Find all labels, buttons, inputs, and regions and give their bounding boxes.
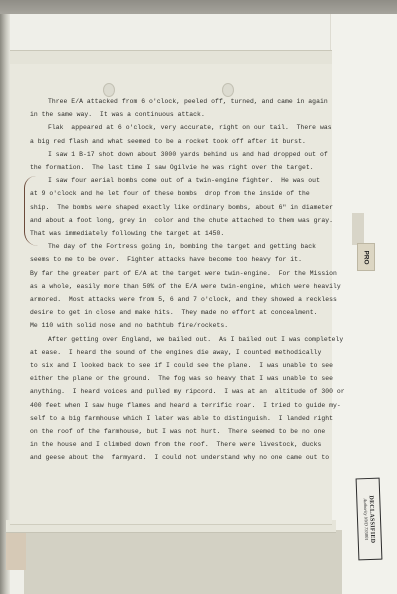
text-line: seems to me to be over. Fighter attacks … xyxy=(30,253,340,266)
text-line: After getting over England, we bailed ou… xyxy=(30,333,340,346)
text-line: at 9 o'clock and he let four of these bo… xyxy=(30,187,340,200)
text-line: By far the greater part of E/A at the ta… xyxy=(30,267,340,280)
text-line: at ease. I heard the sound of the engine… xyxy=(30,346,340,359)
text-line: That was immediately following the targe… xyxy=(30,227,340,240)
text-line: in the house and I climbed down from the… xyxy=(30,438,340,451)
text-line: the formation. The last time I saw Ogilv… xyxy=(30,161,340,174)
pro-tab: PRO xyxy=(357,243,375,271)
text-line: to six and I looked back to see if I cou… xyxy=(30,359,340,372)
text-line: in the same way. It was a continuous att… xyxy=(30,108,340,121)
text-line: either the plane or the ground. The fog … xyxy=(30,372,340,385)
pro-tab-label: PRO xyxy=(363,250,370,264)
text-line: on the roof of the farmhouse, but I was … xyxy=(30,425,340,438)
under-sheet xyxy=(24,530,342,594)
under-flap xyxy=(6,530,26,570)
tab-underlay xyxy=(352,213,364,245)
text-line: armored. Most attacks were from 5, 6 and… xyxy=(30,293,340,306)
text-line: Three E/A attacked from 6 o'clock, peele… xyxy=(30,95,340,108)
text-line: ship. The bombs were shaped exactly like… xyxy=(30,201,340,214)
text-line: I saw 1 B-17 shot down about 3000 yards … xyxy=(30,148,340,161)
text-line: anything. I heard voices and pulled my r… xyxy=(30,385,340,398)
text-line: and about a foot long, grey in color and… xyxy=(30,214,340,227)
text-line: I saw four aerial bombs come out of a tw… xyxy=(30,174,340,187)
text-line: The day of the Fortress going in, bombin… xyxy=(30,240,340,253)
text-line: as a whole, easily more than 50% of the … xyxy=(30,280,340,293)
text-line: self to a big farmhouse which I later wa… xyxy=(30,412,340,425)
document-body: Three E/A attacked from 6 o'clock, peele… xyxy=(30,95,340,465)
folder-edge xyxy=(0,14,10,594)
text-line: 400 feet when I saw huge flames and hear… xyxy=(30,399,340,412)
text-line: and geese about the farmyard. I could no… xyxy=(30,451,340,464)
declassified-stamp: DECLASSIFIED Authority NND 735001 xyxy=(356,478,383,561)
text-line: Me 110 with solid nose and no bathtub fi… xyxy=(30,319,340,332)
text-line: a big red flash and what seemed to be a … xyxy=(30,135,340,148)
text-line: desire to get in close and make hits. Th… xyxy=(30,306,340,319)
text-line: Flak appeared at 6 o'clock, very accurat… xyxy=(30,121,340,134)
